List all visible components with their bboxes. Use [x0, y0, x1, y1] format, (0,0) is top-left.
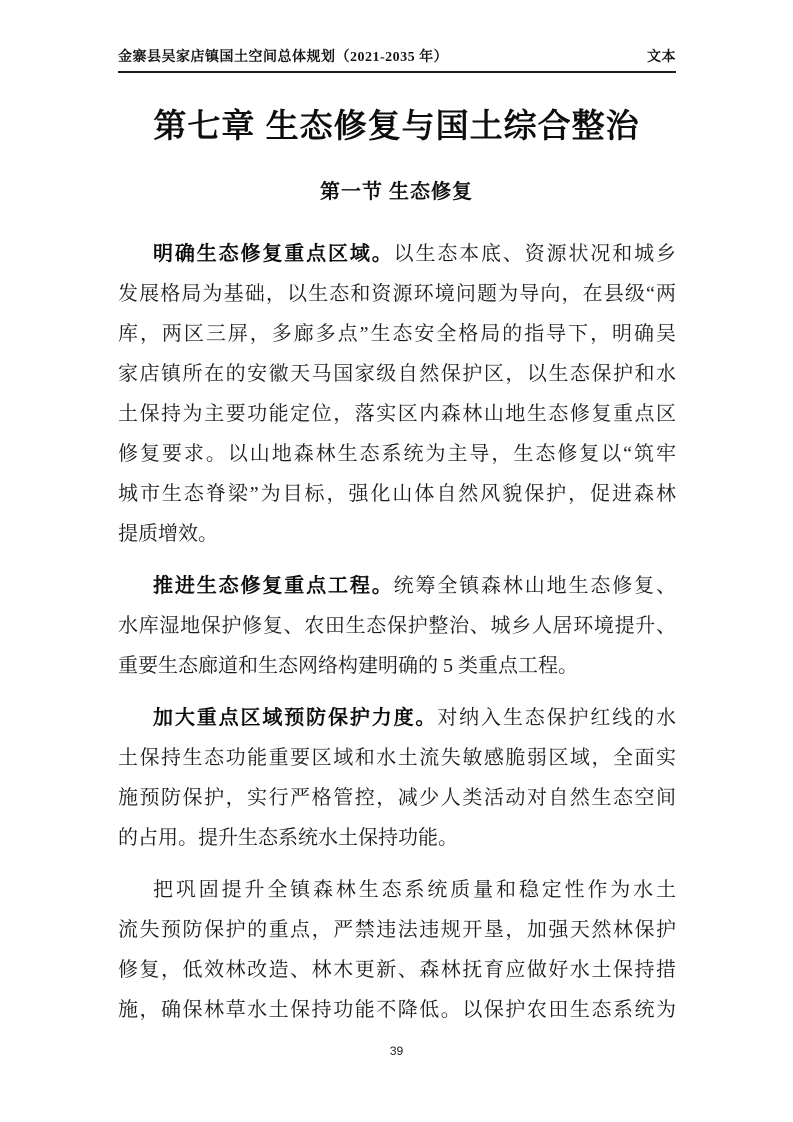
text-line: 土保持为主要功能定位，落实区内森林山地生态修复重点区 [118, 394, 676, 434]
page-header: 金寨县吴家店镇国土空间总体规划（2021-2035 年） 文本 [118, 46, 676, 73]
text-line: 库，两区三屏，多廊多点”生态安全格局的指导下，明确吴 [118, 314, 676, 354]
text-line: 修复要求。以山地森林生态系统为主导，生态修复以“筑牢 [118, 434, 676, 474]
text-line: 城市生态脊梁”为目标，强化山体自然风貌保护，促进森林 [118, 474, 676, 514]
header-left-title: 金寨县吴家店镇国土空间总体规划（2021-2035 年） [118, 46, 448, 66]
document-page: 金寨县吴家店镇国土空间总体规划（2021-2035 年） 文本 第七章 生态修复… [0, 0, 793, 1122]
page-number: 39 [0, 1044, 793, 1058]
text-line: 施，确保林草水土保持功能不降低。以保护农田生态系统为 [118, 990, 676, 1030]
section-title: 第一节 生态修复 [0, 180, 793, 204]
header-right-label: 文本 [647, 46, 676, 66]
paragraph: 明确生态修复重点区域。以生态本底、资源状况和城乡发展格局为基础，以生态和资源环境… [118, 234, 676, 554]
text-line: 推进生态修复重点工程。统筹全镇森林山地生态修复、 [118, 566, 676, 606]
text-line: 把巩固提升全镇森林生态系统质量和稳定性作为水土 [118, 870, 676, 910]
chapter-title: 第七章 生态修复与国土综合整治 [0, 104, 793, 148]
text-line: 土保持生态功能重要区域和水土流失敏感脆弱区域，全面实 [118, 738, 676, 778]
text-line: 流失预防保护的重点，严禁违法违规开垦，加强天然林保护 [118, 910, 676, 950]
text-line: 加大重点区域预防保护力度。对纳入生态保护红线的水 [118, 698, 676, 738]
text-line: 的占用。提升生态系统水土保持功能。 [118, 818, 676, 858]
paragraph: 把巩固提升全镇森林生态系统质量和稳定性作为水土流失预防保护的重点，严禁违法违规开… [118, 870, 676, 1030]
text-line: 修复，低效林改造、林木更新、森林抚育应做好水土保持措 [118, 950, 676, 990]
body-text: 明确生态修复重点区域。以生态本底、资源状况和城乡发展格局为基础，以生态和资源环境… [118, 234, 676, 1030]
text-line: 明确生态修复重点区域。以生态本底、资源状况和城乡 [118, 234, 676, 274]
text-line: 家店镇所在的安徽天马国家级自然保护区，以生态保护和水 [118, 354, 676, 394]
paragraph: 加大重点区域预防保护力度。对纳入生态保护红线的水土保持生态功能重要区域和水土流失… [118, 698, 676, 858]
text-line: 重要生态廊道和生态网络构建明确的 5 类重点工程。 [118, 646, 676, 686]
paragraph-lead-text: 推进生态修复重点工程。 [153, 575, 394, 597]
paragraph-lead-text: 明确生态修复重点区域。 [153, 243, 394, 265]
text-line: 水库湿地保护修复、农田生态保护整治、城乡人居环境提升、 [118, 606, 676, 646]
text-line: 提质增效。 [118, 514, 676, 554]
paragraph: 推进生态修复重点工程。统筹全镇森林山地生态修复、水库湿地保护修复、农田生态保护整… [118, 566, 676, 686]
text-line: 发展格局为基础，以生态和资源环境问题为导向，在县级“两 [118, 274, 676, 314]
paragraph-lead-text: 加大重点区域预防保护力度。 [153, 707, 437, 729]
text-line: 施预防保护，实行严格管控，减少人类活动对自然生态空间 [118, 778, 676, 818]
